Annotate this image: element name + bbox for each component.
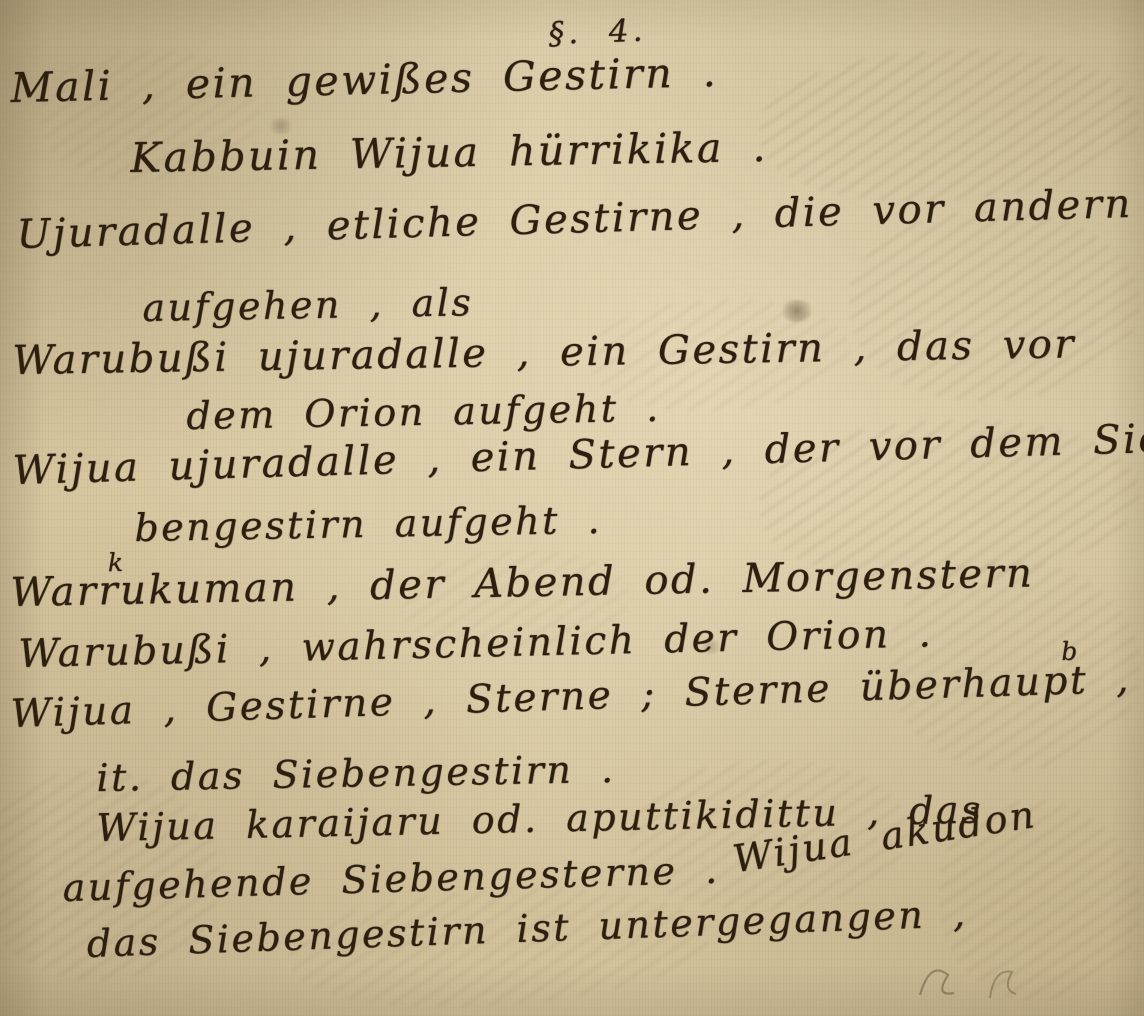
manuscript-line: bengestirn aufgeht . — [134, 498, 602, 550]
manuscript-line: aufgehen , als — [142, 280, 474, 330]
manuscript-line: Kabbuin Wijua hürrikika . — [130, 123, 768, 182]
section-heading: §. 4. — [548, 13, 647, 52]
manuscript-line-text: Warrukuman , der Abend od. Morgenstern — [10, 550, 1035, 616]
manuscript-line: it. das Siebengestirn . — [96, 747, 616, 800]
manuscript-line: k Warrukuman , der Abend od. Morgenstern — [10, 550, 1035, 616]
pen-flourish — [900, 940, 1060, 1010]
inserted-correction-letter: k — [108, 548, 124, 577]
ink-blot — [780, 300, 814, 322]
manuscript-page: §. 4. Mali , ein gewißes Gestirn . Kabbu… — [0, 0, 1144, 1016]
manuscript-line: dem Orion aufgeht . — [186, 386, 661, 438]
inserted-correction-letter: b — [1061, 636, 1078, 665]
